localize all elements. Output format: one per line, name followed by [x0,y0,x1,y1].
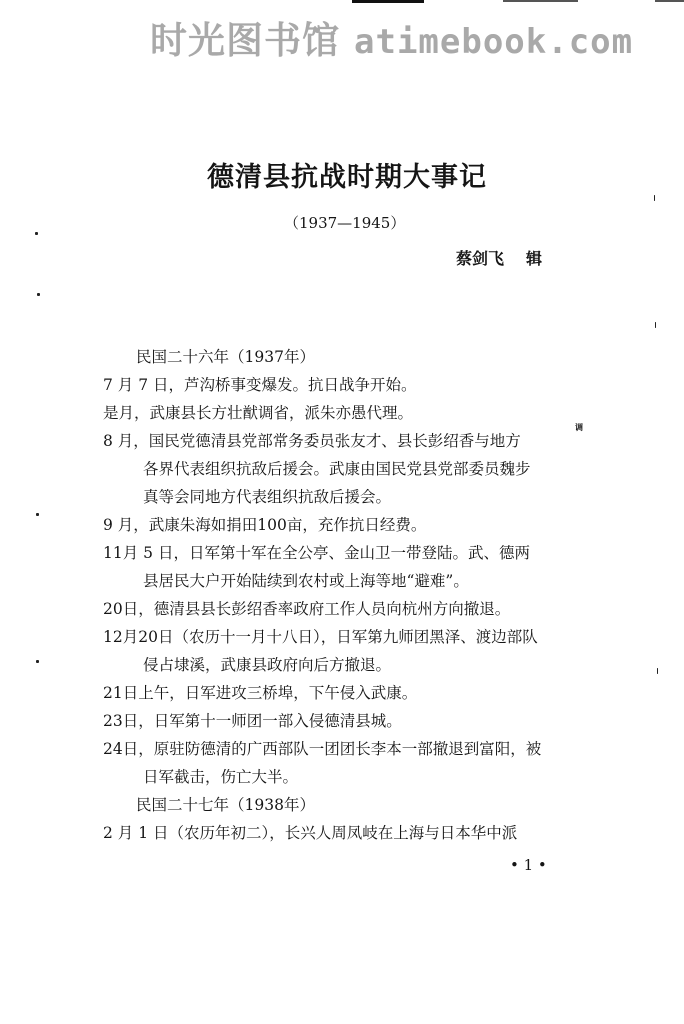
entry-continuation: 侵占埭溪，武康县政府向后方撤退。 [103,651,597,679]
chronicle-entry: 20日，德清县县长彭绍香率政府工作人员向杭州方向撤退。 [103,595,597,623]
chronicle-entry: 2 月 1 日（农历年初二），长兴人周凤岐在上海与日本华中派 [103,819,597,847]
entry-continuation: 各界代表组织抗敌后援会。武康由国民党县党部委员魏步 [103,455,597,483]
document-body: 民国二十六年（1937年）7 月 7 日，芦沟桥事变爆发。抗日战争开始。是月，武… [103,343,597,847]
document-title: 德清县抗战时期大事记 [0,155,684,194]
chronicle-entry: 9 月，武康朱海如捐田100亩，充作抗日经费。 [103,511,597,539]
document-author: 蔡剑飞辑 [456,246,542,269]
entry-continuation: 县居民大户开始陆续到农村或上海等地“避难”。 [103,567,597,595]
chronicle-entry: 8 月，国民党德清县党部常务委员张友才、县长彭绍香与地方 [103,427,597,455]
entry-continuation: 真等会同地方代表组织抗敌后援会。 [103,483,597,511]
scan-speck [654,195,655,201]
chronicle-entry: 12月20日（农历十一月十八日），日军第九师团黑泽、渡边部队 [103,623,597,651]
scan-speck [36,513,39,516]
scan-speck [37,293,40,296]
scan-speck [36,660,39,663]
watermark-cn: 时光图书馆 [150,19,340,62]
author-name: 蔡剑飞 [456,249,504,268]
chronicle-entry: 21日上午，日军进攻三桥埠，下午侵入武康。 [103,679,597,707]
chronicle-entry: 7 月 7 日，芦沟桥事变爆发。抗日战争开始。 [103,371,597,399]
year-heading: 民国二十六年（1937年） [103,343,597,371]
entry-continuation: 日军截击，伤亡大半。 [103,763,597,791]
chronicle-entry: 23日，日军第十一师团一部入侵德清县城。 [103,707,597,735]
scan-speck [655,322,656,328]
scan-speck [35,232,38,235]
chronicle-entry: 24日，原驻防德清的广西部队一团团长李本一部撤退到富阳，被 [103,735,597,763]
year-heading: 民国二十七年（1938年） [103,791,597,819]
scan-edge-bar [503,0,578,2]
watermark: 时光图书馆atimebook.com [150,10,633,64]
scan-edge-bar [352,0,424,3]
page-number: • 1 • [510,856,547,874]
author-role: 辑 [526,249,542,268]
document-date-range: （1937—1945） [284,212,405,233]
chronicle-entry: 是月，武康县长方壮猷调省，派朱亦愚代理。 [103,399,597,427]
chronicle-entry: 11月 5 日，日军第十军在全公亭、金山卫一带登陆。武、德两 [103,539,597,567]
scan-speck [657,668,658,674]
scan-edge-bar [655,0,684,2]
watermark-url: atimebook.com [354,22,633,62]
